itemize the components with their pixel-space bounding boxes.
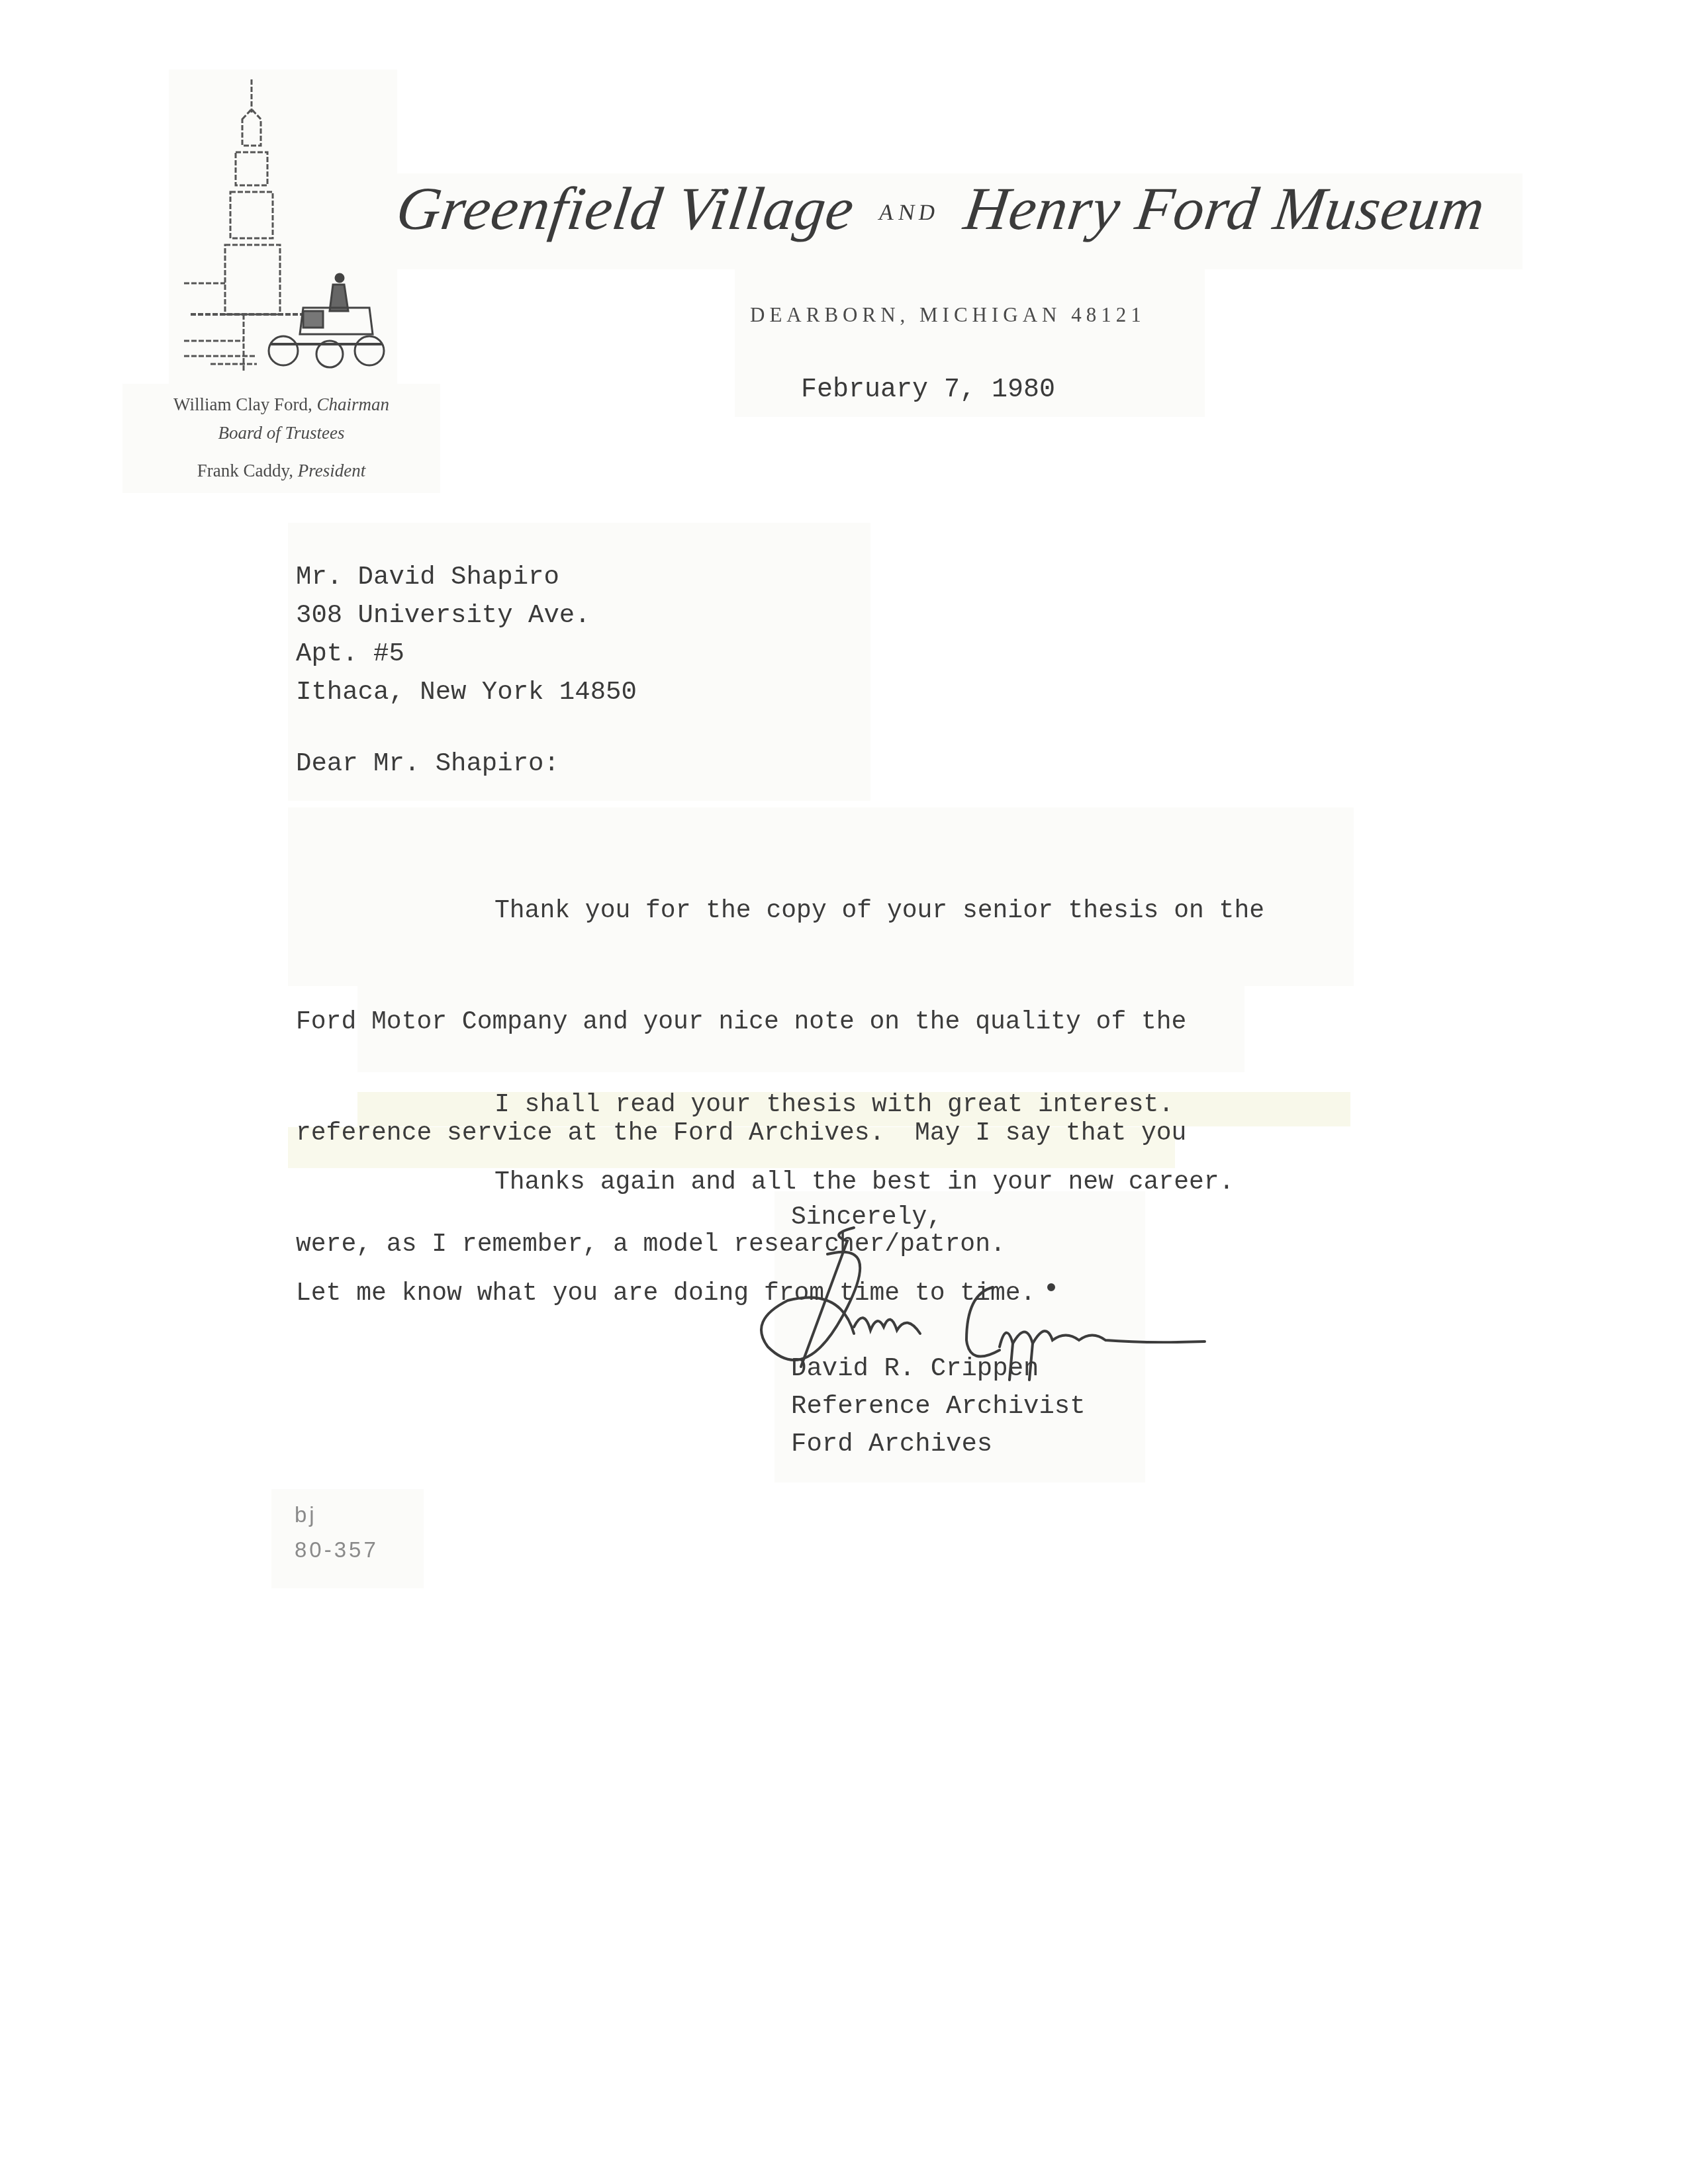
board-officers: William Clay Ford, Chairman Board of Tru… — [126, 390, 437, 486]
president-name: Frank Caddy, — [197, 461, 293, 480]
recipient-city: Ithaca, New York 14850 — [296, 673, 637, 711]
organization-masthead: Greenfield Village AND Henry Ford Museum — [393, 173, 1541, 244]
president-title: President — [298, 461, 365, 480]
tower-and-car-logo-icon — [171, 73, 396, 377]
org-name-part1: Greenfield Village — [393, 175, 859, 242]
signature-block: David R. Crippen Reference Archivist For… — [791, 1350, 1086, 1463]
reference-number: 80-357 — [295, 1532, 379, 1567]
org-conjunction: AND — [876, 201, 941, 225]
chairman-subtitle: Board of Trustees — [126, 419, 437, 447]
paragraph-line: Thank you for the copy of your senior th… — [494, 897, 1264, 925]
org-name-part2: Henry Ford Museum — [960, 175, 1489, 242]
paragraph-line: Thanks again and all the best in your ne… — [494, 1168, 1234, 1197]
president-line: Frank Caddy, President — [126, 457, 437, 485]
closing: Sincerely, — [791, 1203, 942, 1232]
letterhead-location: DEARBORN, MICHIGAN 48121 — [750, 303, 1146, 327]
chairman-name: William Clay Ford, — [173, 394, 312, 414]
typist-initials: bj — [295, 1497, 379, 1532]
recipient-name: Mr. David Shapiro — [296, 558, 637, 596]
chairman-line: William Clay Ford, Chairman — [126, 390, 437, 419]
signer-name: David R. Crippen — [791, 1350, 1086, 1388]
reference-notation: bj 80-357 — [295, 1497, 379, 1567]
recipient-street: 308 University Ave. — [296, 596, 637, 635]
paragraph-line: Let me know what you are doing from time… — [296, 1275, 1234, 1312]
signer-title: Reference Archivist — [791, 1388, 1086, 1426]
letter-date: February 7, 1980 — [801, 375, 1055, 405]
signer-department: Ford Archives — [791, 1426, 1086, 1463]
body-paragraph-3: Thanks again and all the best in your ne… — [296, 1090, 1234, 1349]
chairman-title: Chairman — [316, 394, 389, 414]
salutation: Dear Mr. Shapiro: — [296, 749, 559, 778]
recipient-address: Mr. David Shapiro 308 University Ave. Ap… — [296, 558, 637, 711]
recipient-unit: Apt. #5 — [296, 635, 637, 673]
